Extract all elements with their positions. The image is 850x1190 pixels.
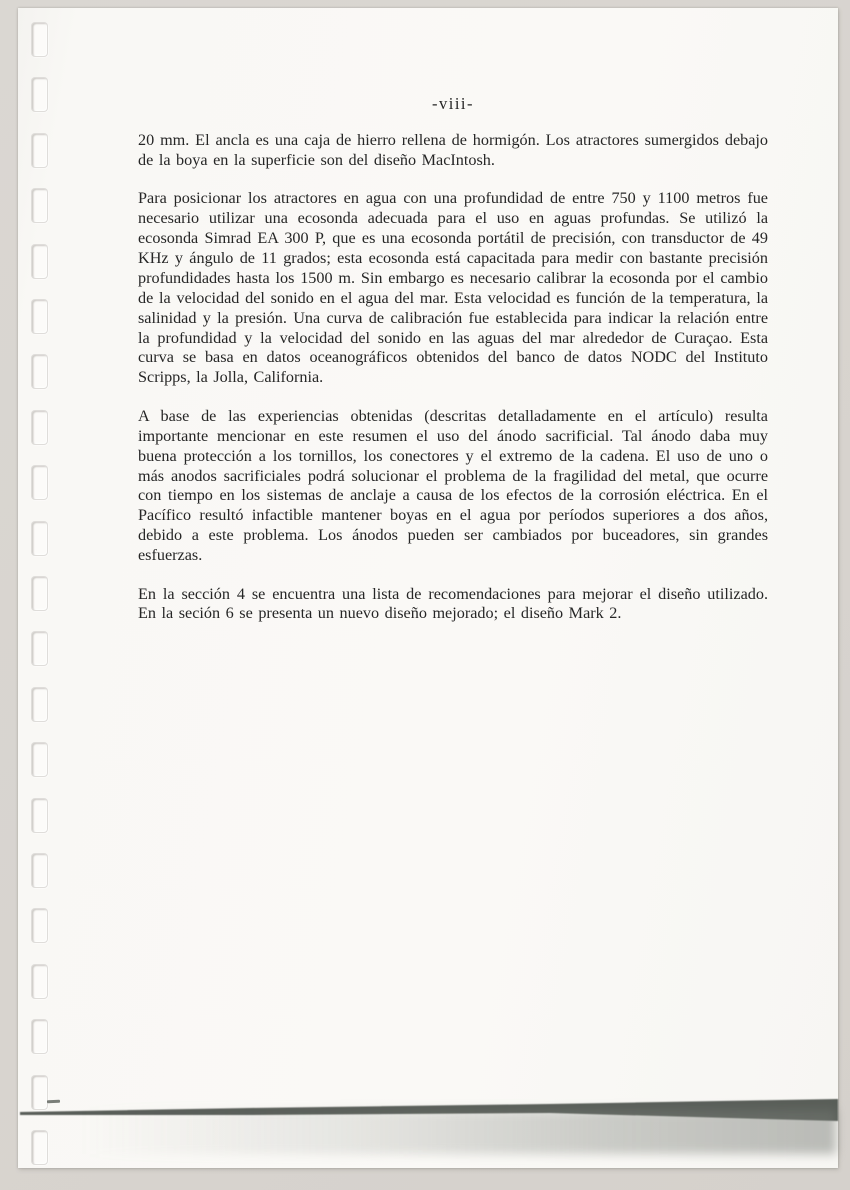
binding-hole	[31, 964, 48, 999]
paragraph: En la sección 4 se encuentra una lista d…	[138, 585, 768, 625]
scan-streak-shadow	[80, 1110, 836, 1154]
binding-hole	[31, 188, 48, 223]
binding-hole	[31, 1019, 48, 1054]
binding-holes	[31, 8, 51, 1168]
binding-hole	[31, 576, 48, 611]
binding-hole	[31, 908, 48, 943]
paragraph: Para posicionar los atractores en agua c…	[138, 189, 768, 388]
binding-hole	[31, 687, 48, 722]
binding-hole	[31, 853, 48, 888]
binding-hole	[31, 354, 48, 389]
page-number-header: -viii-	[138, 94, 768, 114]
binding-hole	[31, 521, 48, 556]
binding-hole	[31, 77, 48, 112]
binding-hole	[31, 465, 48, 500]
scanned-page: -viii- 20 mm. El ancla es una caja de hi…	[18, 8, 838, 1168]
binding-hole	[31, 244, 48, 279]
paragraph: A base de las experiencias obtenidas (de…	[138, 407, 768, 566]
paragraph: 20 mm. El ancla es una caja de hierro re…	[138, 131, 768, 171]
binding-hole	[31, 410, 48, 445]
binding-hole	[31, 299, 48, 334]
binding-hole	[31, 22, 48, 57]
binding-hole	[31, 798, 48, 833]
binding-hole	[31, 742, 48, 777]
binding-hole	[31, 133, 48, 168]
page-content: -viii- 20 mm. El ancla es una caja de hi…	[138, 94, 768, 643]
binding-hole	[31, 1130, 48, 1165]
document-body: 20 mm. El ancla es una caja de hierro re…	[138, 131, 768, 624]
binding-hole	[31, 631, 48, 666]
